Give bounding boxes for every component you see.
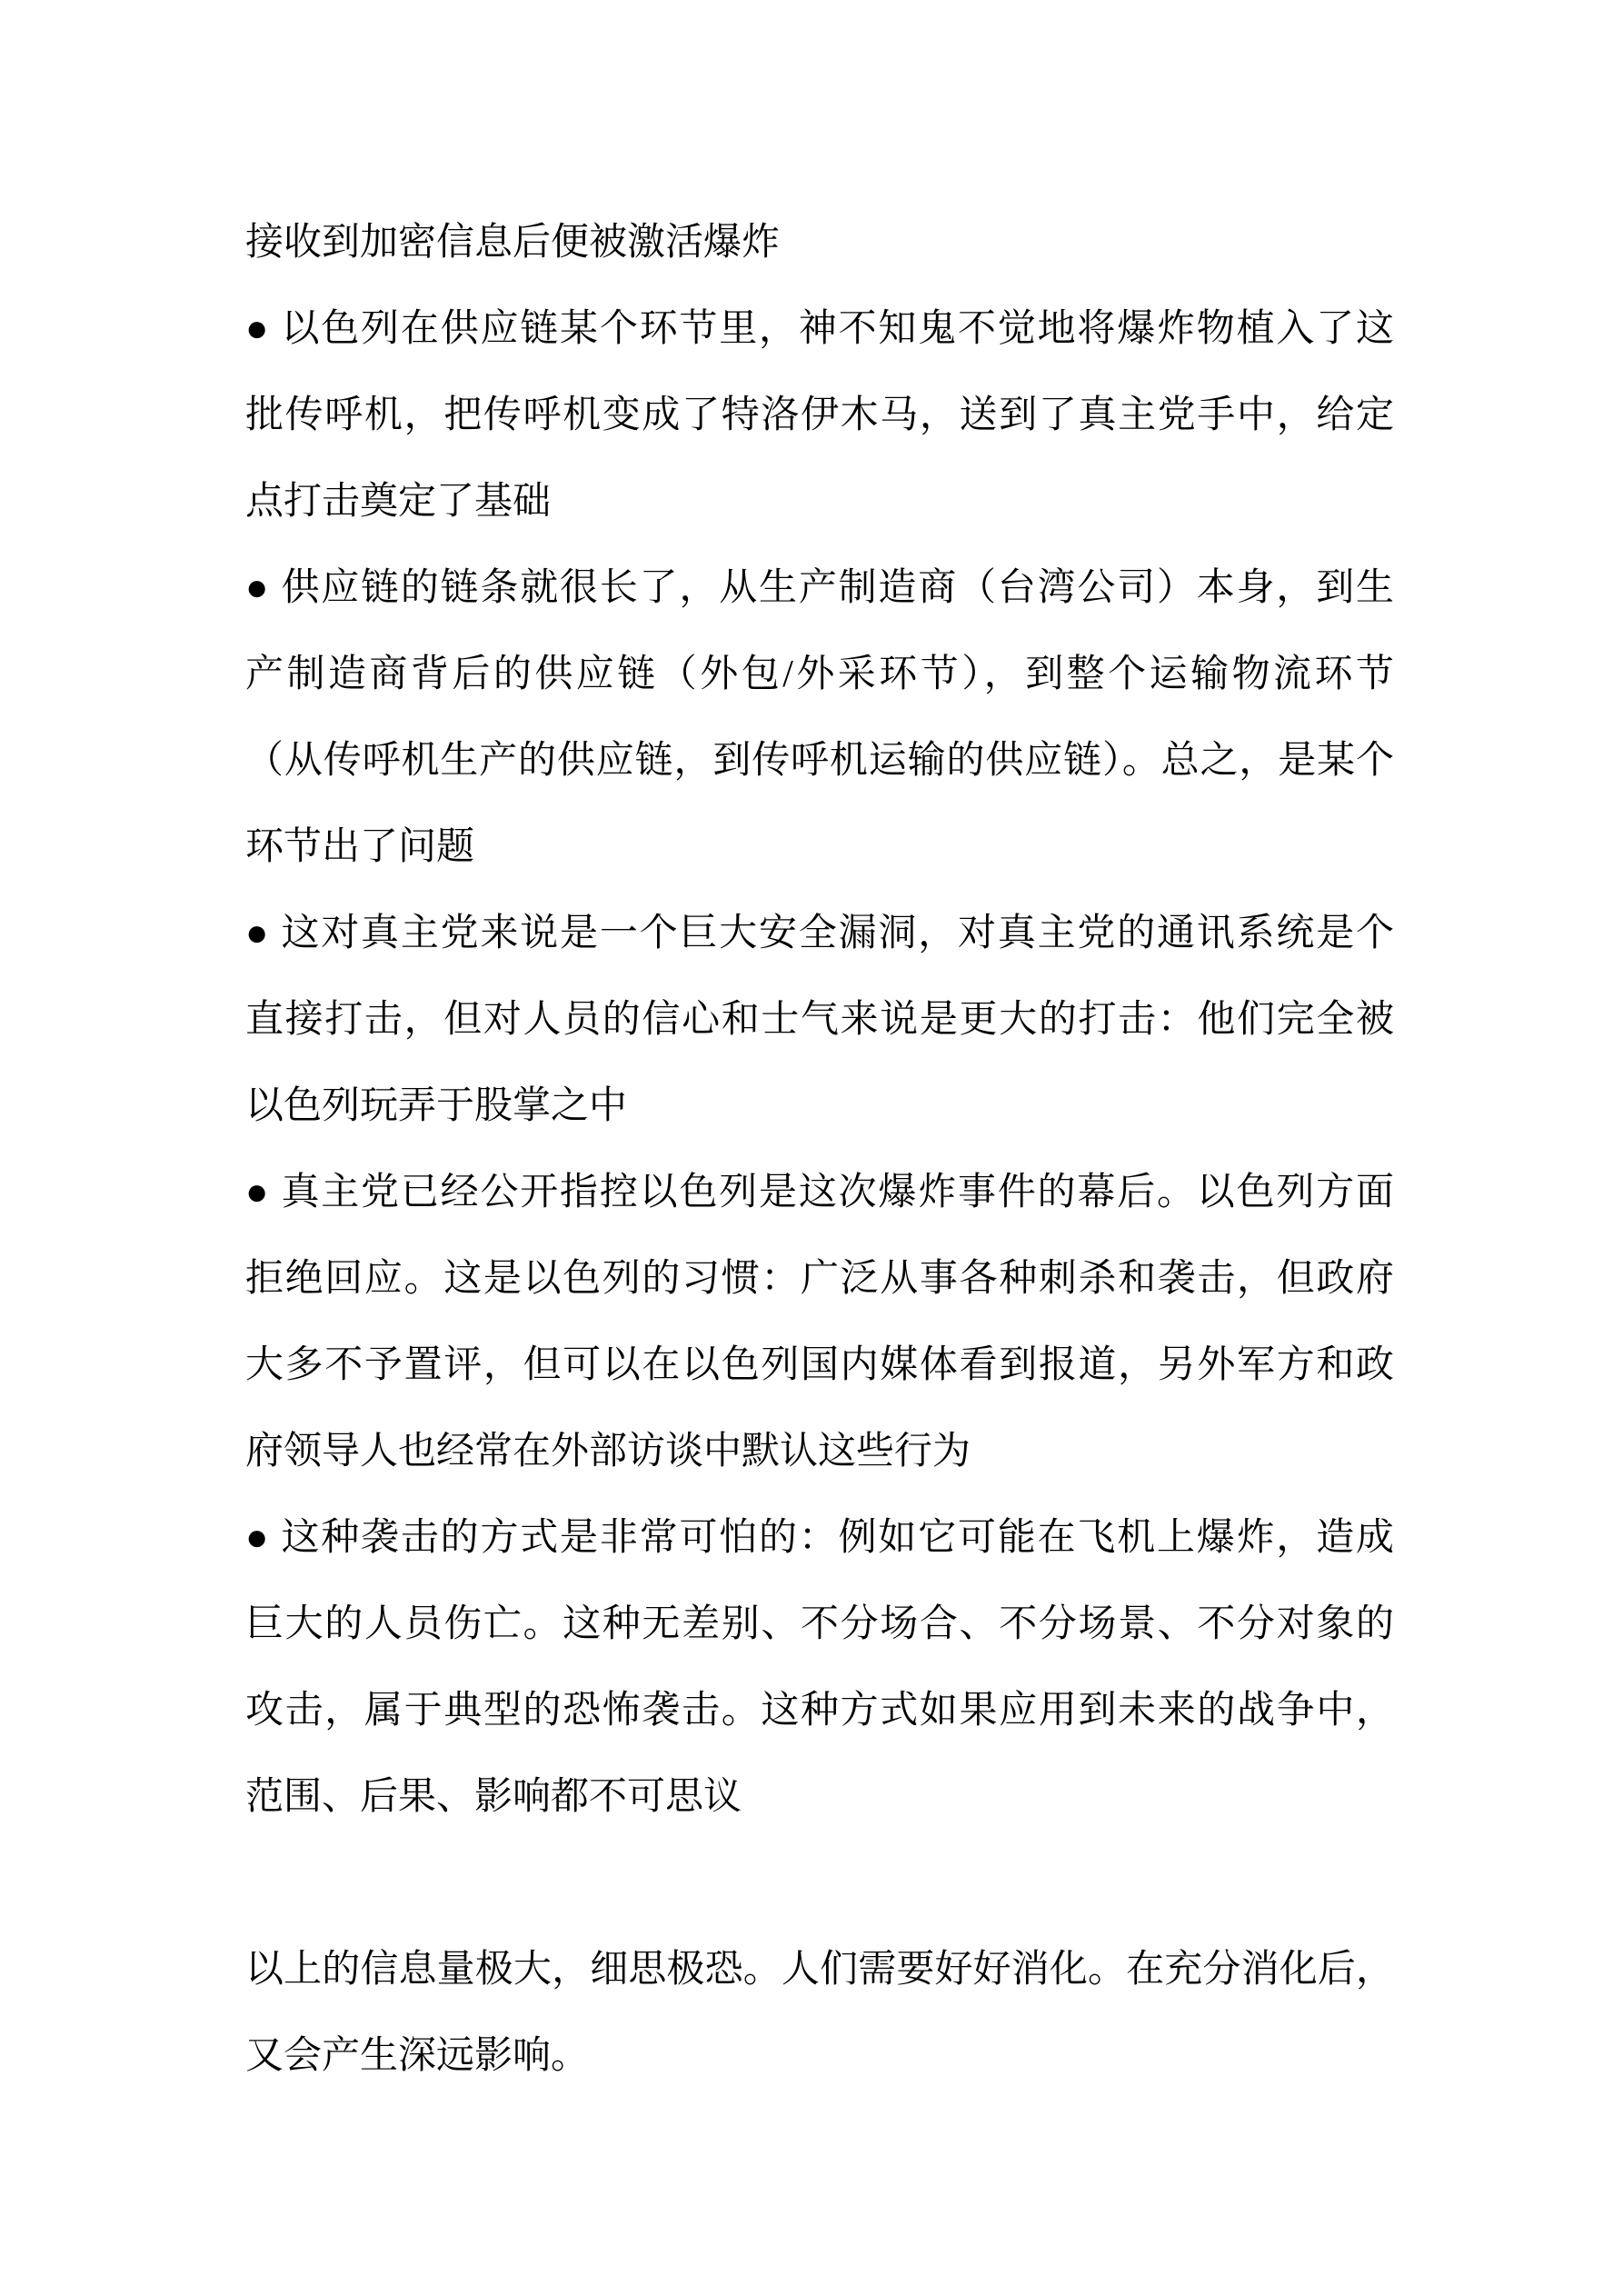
text-line: 直接打击，但对人员的信心和士气来说是更大的打击：他们完全被 xyxy=(245,977,1394,1063)
text-line: 产制造商背后的供应链（外包/外采环节），到整个运输物流环节 xyxy=(245,632,1394,718)
text-line: 批传呼机，把传呼机变成了特洛伊木马，送到了真主党手中，给定 xyxy=(245,373,1394,459)
text-line: 攻击，属于典型的恐怖袭击。这种方式如果应用到未来的战争中， xyxy=(245,1668,1394,1754)
bullet-line: ● 这种袭击的方式是非常可怕的：例如它可能在飞机上爆炸，造成 xyxy=(245,1495,1394,1582)
text-line: （从传呼机生产的供应链，到传呼机运输的供应链）。总之，是某个 xyxy=(245,718,1394,804)
bullet-line: ● 以色列在供应链某个环节里，神不知鬼不觉地将爆炸物植入了这 xyxy=(245,286,1394,373)
blank-line xyxy=(245,1841,1394,1927)
text-line: 接收到加密信息后便被激活爆炸 xyxy=(245,200,1394,286)
text-line: 环节出了问题 xyxy=(245,804,1394,891)
text-line: 拒绝回应。这是以色列的习惯：广泛从事各种刺杀和袭击，但政府 xyxy=(245,1236,1394,1323)
text-line: 点打击奠定了基础 xyxy=(245,459,1394,545)
text-line: 以色列玩弄于股掌之中 xyxy=(245,1063,1394,1150)
bullet-line: ● 这对真主党来说是一个巨大安全漏洞，对真主党的通讯系统是个 xyxy=(245,891,1394,977)
text-line: 又会产生深远影响。 xyxy=(245,2013,1394,2100)
text-line: 大多不予置评，但可以在以色列国内媒体看到报道，另外军方和政 xyxy=(245,1323,1394,1409)
document-page: 接收到加密信息后便被激活爆炸 ● 以色列在供应链某个环节里，神不知鬼不觉地将爆炸… xyxy=(0,0,1623,2296)
bullet-line: ● 供应链的链条就很长了，从生产制造商（台湾公司）本身，到生 xyxy=(245,545,1394,632)
text-line: 范围、后果、影响都不可思议 xyxy=(245,1754,1394,1841)
document-text-block: 接收到加密信息后便被激活爆炸 ● 以色列在供应链某个环节里，神不知鬼不觉地将爆炸… xyxy=(245,200,1394,2100)
bullet-line: ● 真主党已经公开指控以色列是这次爆炸事件的幕后。以色列方面 xyxy=(245,1150,1394,1236)
text-line: 府领导人也经常在外部访谈中默认这些行为 xyxy=(245,1409,1394,1495)
text-line: 以上的信息量极大，细思极恐。人们需要好好消化。在充分消化后， xyxy=(245,1927,1394,2013)
text-line: 巨大的人员伤亡。这种无差别、不分场合、不分场景、不分对象的 xyxy=(245,1582,1394,1668)
